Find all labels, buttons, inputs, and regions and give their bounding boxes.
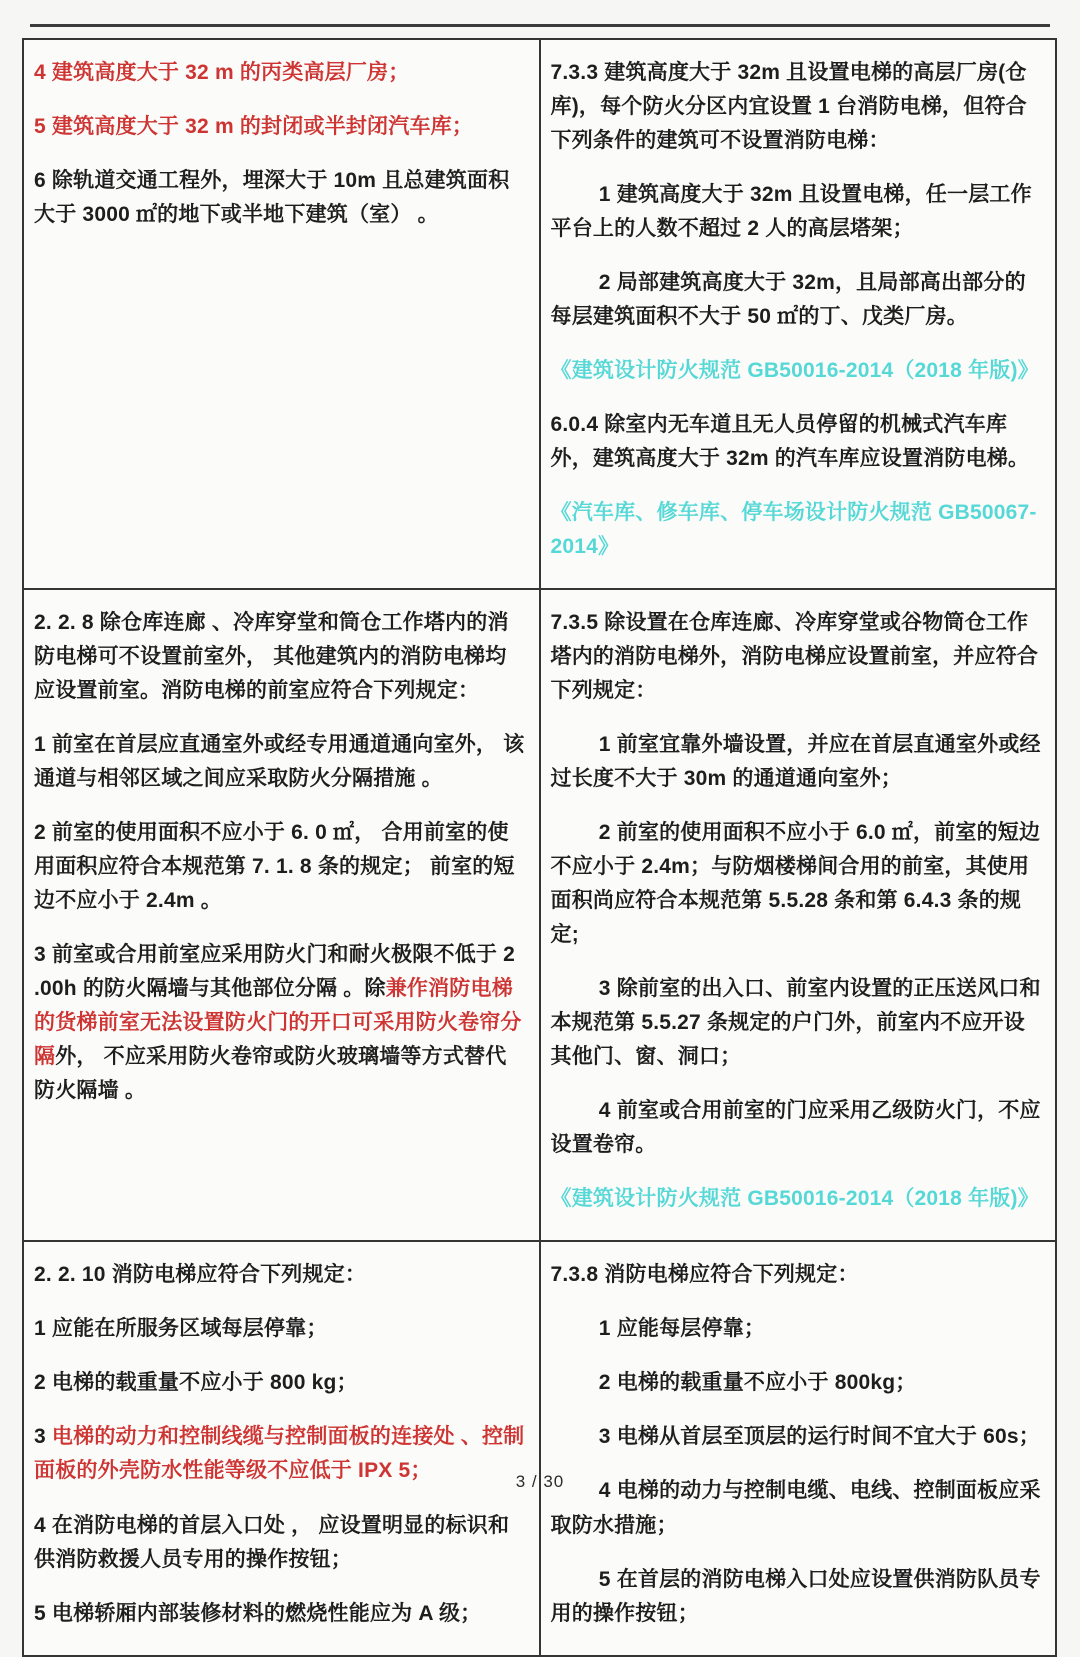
- text-segment-black: 5 在首层的消防电梯入口处应设置供消防队员专用的操作按钮；: [551, 1568, 1041, 1625]
- clause-paragraph: 7.3.3 建筑高度大于 32m 且设置电梯的高层厂房(仓库)，每个防火分区内宜…: [551, 56, 1044, 158]
- text-segment-black: 2 局部建筑高度大于 32m，且局部高出部分的每层建筑面积不大于 50 ㎡的丁、…: [551, 271, 1026, 328]
- clause-paragraph: 6 除轨道交通工程外，埋深大于 10m 且总建筑面积大于 3000 ㎡的地下或半…: [34, 164, 527, 232]
- clause-paragraph: 3 除前室的出入口、前室内设置的正压送风口和本规范第 5.5.27 条规定的户门…: [551, 972, 1044, 1074]
- text-segment-black: 外， 不应采用防火卷帘或防火玻璃墙等方式替代防火隔墙 。: [34, 1045, 506, 1102]
- code-comparison-table: 4 建筑高度大于 32 m 的丙类高层厂房；5 建筑高度大于 32 m 的封闭或…: [22, 38, 1057, 1657]
- table-row: 2. 2. 10 消防电梯应符合下列规定：1 应能在所服务区域每层停靠；2 电梯…: [23, 1241, 1056, 1655]
- clause-paragraph: 5 电梯轿厢内部装修材料的燃烧性能应为 A 级；: [34, 1597, 527, 1631]
- table-cell-right: 7.3.8 消防电梯应符合下列规定：1 应能每层停靠；2 电梯的载重量不应小于 …: [540, 1241, 1057, 1655]
- text-segment-black: 7.3.8 消防电梯应符合下列规定：: [551, 1263, 859, 1286]
- page-break-rule: [30, 24, 1050, 27]
- clause-paragraph: 7.3.8 消防电梯应符合下列规定：: [551, 1258, 1044, 1292]
- text-segment-red: 5 建筑高度大于 32 m 的封闭或半封闭汽车库；: [34, 115, 473, 138]
- clause-paragraph: 1 应能每层停靠；: [551, 1312, 1044, 1346]
- clause-paragraph: 2 前室的使用面积不应小于 6.0 ㎡，前室的短边不应小于 2.4m；与防烟楼梯…: [551, 816, 1044, 952]
- code-reference-text: 《建筑设计防火规范 GB50016-2014（2018 年版)》: [551, 1182, 1044, 1216]
- text-segment-black: 2 电梯的载重量不应小于 800kg；: [599, 1371, 917, 1394]
- code-reference-text: 《建筑设计防火规范 GB50016-2014（2018 年版)》: [551, 354, 1044, 388]
- text-segment-black: 6 除轨道交通工程外，埋深大于 10m 且总建筑面积大于 3000 ㎡的地下或半…: [34, 169, 509, 226]
- text-segment-black: 1 应能每层停靠；: [599, 1317, 765, 1340]
- text-segment-black: 3 除前室的出入口、前室内设置的正压送风口和本规范第 5.5.27 条规定的户门…: [551, 977, 1041, 1068]
- clause-paragraph: 1 建筑高度大于 32m 且设置电梯，任一层工作平台上的人数不超过 2 人的高层…: [551, 178, 1044, 246]
- text-segment-black: 6.0.4 除室内无车道且无人员停留的机械式汽车库外，建筑高度大于 32m 的汽…: [551, 413, 1030, 470]
- text-segment-black: 7.3.5 除设置在仓库连廊、冷库穿堂或谷物筒仓工作塔内的消防电梯外，消防电梯应…: [551, 611, 1039, 702]
- clause-paragraph: 5 建筑高度大于 32 m 的封闭或半封闭汽车库；: [34, 110, 527, 144]
- clause-paragraph: 4 前室或合用前室的门应采用乙级防火门，不应设置卷帘。: [551, 1094, 1044, 1162]
- text-segment-black: 1 建筑高度大于 32m 且设置电梯，任一层工作平台上的人数不超过 2 人的高层…: [551, 183, 1032, 240]
- text-segment-black: 7.3.3 建筑高度大于 32m 且设置电梯的高层厂房(仓库)，每个防火分区内宜…: [551, 61, 1027, 152]
- table-cell-right: 7.3.5 除设置在仓库连廊、冷库穿堂或谷物筒仓工作塔内的消防电梯外，消防电梯应…: [540, 589, 1057, 1241]
- clause-paragraph: 7.3.5 除设置在仓库连廊、冷库穿堂或谷物筒仓工作塔内的消防电梯外，消防电梯应…: [551, 606, 1044, 708]
- text-segment-black: 1 应能在所服务区域每层停靠；: [34, 1317, 328, 1340]
- table-cell-right: 7.3.3 建筑高度大于 32m 且设置电梯的高层厂房(仓库)，每个防火分区内宜…: [540, 39, 1057, 589]
- text-segment-cyan: 《建筑设计防火规范 GB50016-2014（2018 年版)》: [551, 359, 1039, 382]
- document-page: 4 建筑高度大于 32 m 的丙类高层厂房；5 建筑高度大于 32 m 的封闭或…: [0, 0, 1080, 1515]
- clause-paragraph: 5 在首层的消防电梯入口处应设置供消防队员专用的操作按钮；: [551, 1563, 1044, 1631]
- clause-paragraph: 1 前室在首层应直通室外或经专用通道通向室外， 该通道与相邻区域之间应采取防火分…: [34, 728, 527, 796]
- table-row: 4 建筑高度大于 32 m 的丙类高层厂房；5 建筑高度大于 32 m 的封闭或…: [23, 39, 1056, 589]
- text-segment-black: 3 电梯从首层至顶层的运行时间不宜大于 60s；: [599, 1425, 1040, 1448]
- text-segment-cyan: 《汽车库、修车库、停车场设计防火规范 GB50067-2014》: [551, 501, 1037, 558]
- clause-paragraph: 2. 2. 8 除仓库连廊 、冷库穿堂和筒仓工作塔内的消防电梯可不设置前室外， …: [34, 606, 527, 708]
- text-segment-black: 2. 2. 10 消防电梯应符合下列规定：: [34, 1263, 366, 1286]
- clause-paragraph: 3 电梯从首层至顶层的运行时间不宜大于 60s；: [551, 1420, 1044, 1454]
- table-cell-left: 4 建筑高度大于 32 m 的丙类高层厂房；5 建筑高度大于 32 m 的封闭或…: [23, 39, 540, 589]
- clause-paragraph: 2 电梯的载重量不应小于 800 kg；: [34, 1366, 527, 1400]
- table-cell-left: 2. 2. 8 除仓库连廊 、冷库穿堂和筒仓工作塔内的消防电梯可不设置前室外， …: [23, 589, 540, 1241]
- text-segment-black: 4 在消防电梯的首层入口处 ， 应设置明显的标识和供消防救援人员专用的操作按钮；: [34, 1514, 509, 1571]
- text-segment-black: 2 前室的使用面积不应小于 6. 0 ㎡， 合用前室的使用面积应符合本规范第 7…: [34, 821, 515, 912]
- clause-paragraph: 2 前室的使用面积不应小于 6. 0 ㎡， 合用前室的使用面积应符合本规范第 7…: [34, 816, 527, 918]
- table-cell-left: 2. 2. 10 消防电梯应符合下列规定：1 应能在所服务区域每层停靠；2 电梯…: [23, 1241, 540, 1655]
- text-segment-black: 4 前室或合用前室的门应采用乙级防火门，不应设置卷帘。: [551, 1099, 1041, 1156]
- text-segment-black: 2 前室的使用面积不应小于 6.0 ㎡，前室的短边不应小于 2.4m；与防烟楼梯…: [551, 821, 1041, 946]
- text-segment-black: 2. 2. 8 除仓库连廊 、冷库穿堂和筒仓工作塔内的消防电梯可不设置前室外， …: [34, 611, 509, 702]
- text-segment-black: 1 前室在首层应直通室外或经专用通道通向室外， 该通道与相邻区域之间应采取防火分…: [34, 733, 524, 790]
- text-segment-cyan: 《建筑设计防火规范 GB50016-2014（2018 年版)》: [551, 1187, 1039, 1210]
- text-segment-black: 1 前室宜靠外墙设置，并应在首层直通室外或经过长度不大于 30m 的通道通向室外…: [551, 733, 1041, 790]
- text-segment-black: 2 电梯的载重量不应小于 800 kg；: [34, 1371, 358, 1394]
- text-segment-red: 4 建筑高度大于 32 m 的丙类高层厂房；: [34, 61, 409, 84]
- clause-paragraph: 1 应能在所服务区域每层停靠；: [34, 1312, 527, 1346]
- clause-paragraph: 2 电梯的载重量不应小于 800kg；: [551, 1366, 1044, 1400]
- text-segment-black: 5 电梯轿厢内部装修材料的燃烧性能应为 A 级；: [34, 1602, 481, 1625]
- clause-paragraph: 2 局部建筑高度大于 32m，且局部高出部分的每层建筑面积不大于 50 ㎡的丁、…: [551, 266, 1044, 334]
- clause-paragraph: 4 在消防电梯的首层入口处 ， 应设置明显的标识和供消防救援人员专用的操作按钮；: [34, 1509, 527, 1577]
- clause-paragraph: 6.0.4 除室内无车道且无人员停留的机械式汽车库外，建筑高度大于 32m 的汽…: [551, 408, 1044, 476]
- clause-paragraph: 1 前室宜靠外墙设置，并应在首层直通室外或经过长度不大于 30m 的通道通向室外…: [551, 728, 1044, 796]
- code-reference-text: 《汽车库、修车库、停车场设计防火规范 GB50067-2014》: [551, 496, 1044, 564]
- table-body: 4 建筑高度大于 32 m 的丙类高层厂房；5 建筑高度大于 32 m 的封闭或…: [23, 39, 1056, 1656]
- clause-paragraph: 4 建筑高度大于 32 m 的丙类高层厂房；: [34, 56, 527, 90]
- clause-paragraph: 3 前室或合用前室应采用防火门和耐火极限不低于 2 .00h 的防火隔墙与其他部…: [34, 938, 527, 1108]
- page-number: 3 / 30: [0, 1472, 1080, 1492]
- clause-paragraph: 2. 2. 10 消防电梯应符合下列规定：: [34, 1258, 527, 1292]
- text-segment-black: 3: [34, 1425, 52, 1448]
- table-row: 2. 2. 8 除仓库连廊 、冷库穿堂和筒仓工作塔内的消防电梯可不设置前室外， …: [23, 589, 1056, 1241]
